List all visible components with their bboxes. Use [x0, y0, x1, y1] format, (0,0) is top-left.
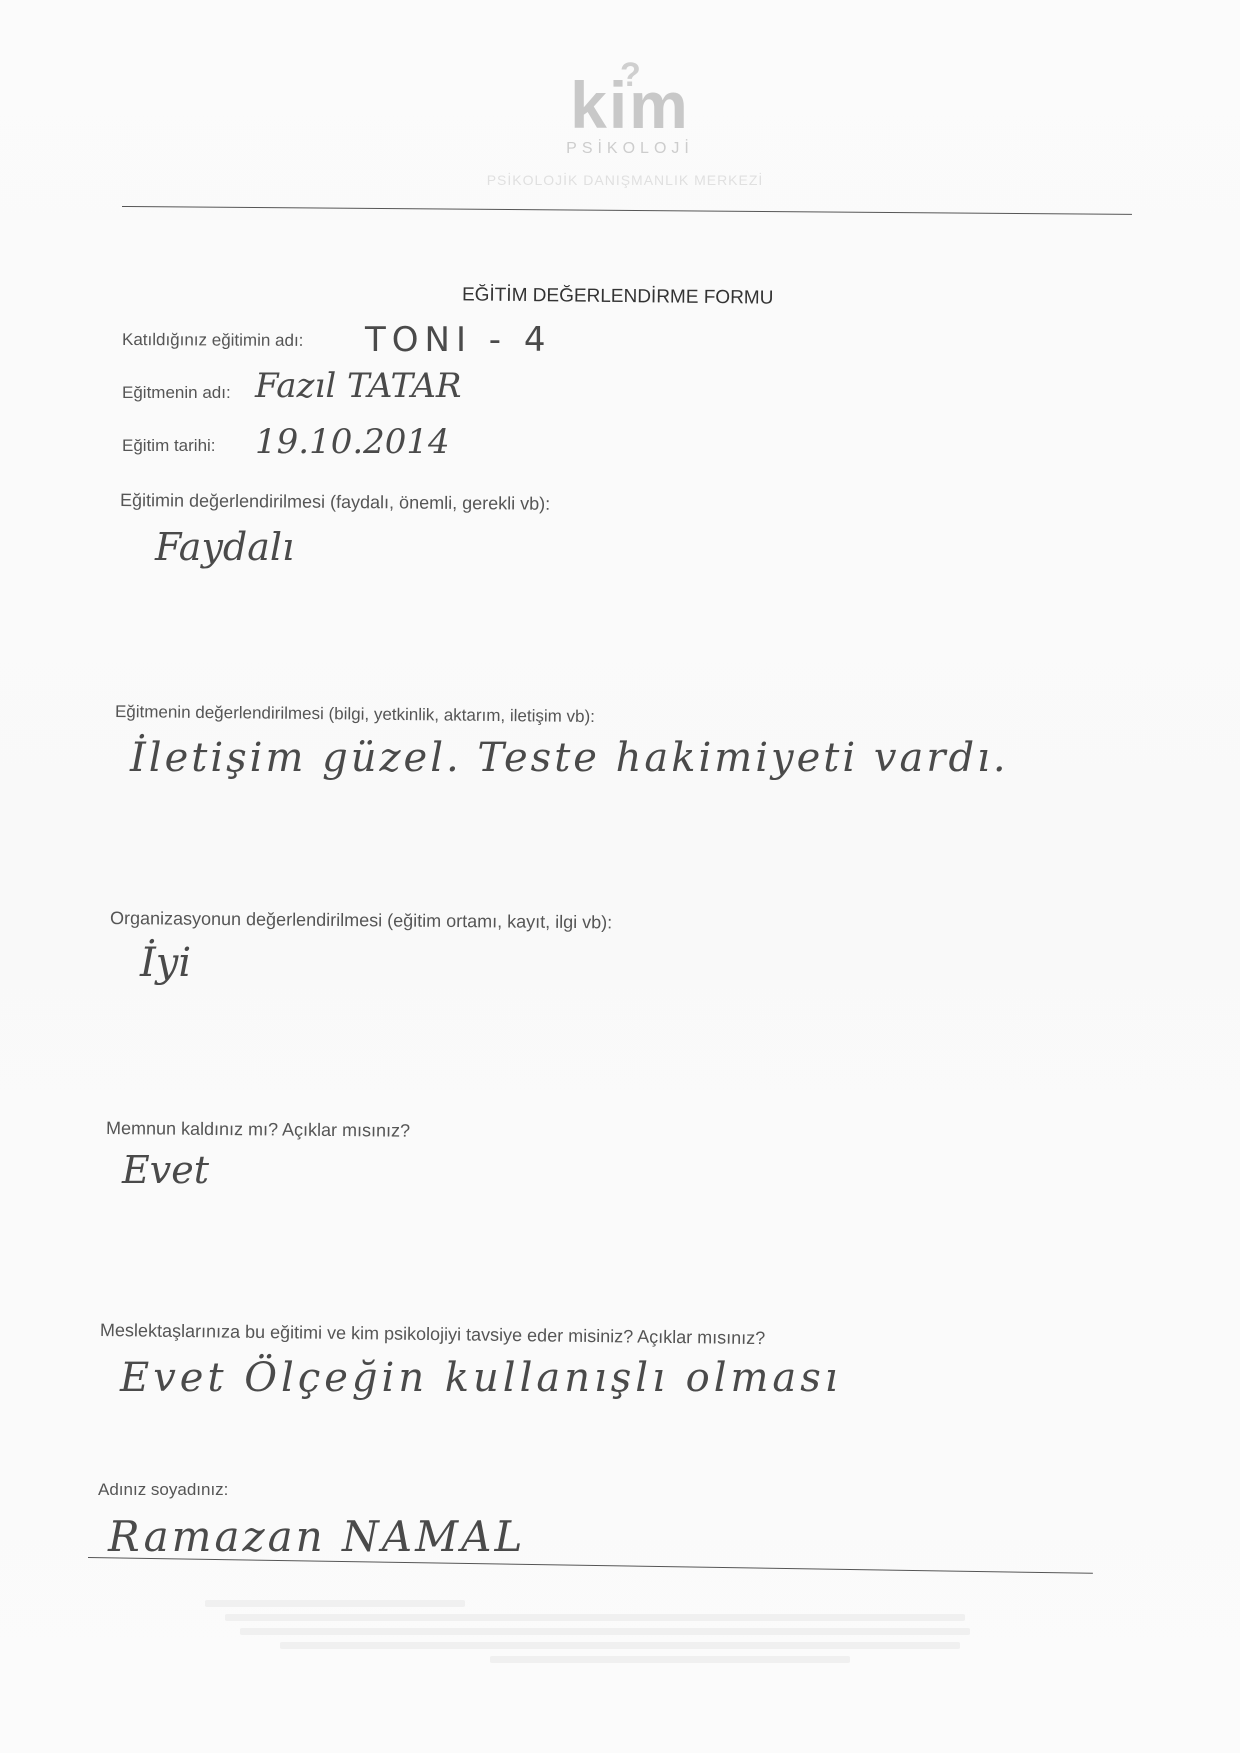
satisfaction-label: Memnun kaldınız mı? Açıklar mısınız? — [106, 1118, 410, 1142]
recommendation-answer: Evet Ölçeğin kullanışlı olması — [120, 1355, 842, 1401]
training-date-answer: 19.10.2014 — [255, 422, 450, 462]
form-title: EĞİTİM DEĞERLENDİRME FORMU — [462, 284, 774, 309]
organization-evaluation-answer: İyi — [140, 940, 191, 986]
footer-text-line — [280, 1642, 960, 1649]
footer-text-line — [225, 1614, 965, 1621]
satisfaction-answer: Evet — [122, 1148, 209, 1192]
training-name-label: Katıldığınız eğitimin adı: — [122, 330, 304, 351]
full-name-label: Adınız soyadınız: — [98, 1480, 228, 1500]
training-evaluation-label: Eğitimin değerlendirilmesi (faydalı, öne… — [120, 490, 550, 515]
footer-text-line — [205, 1600, 465, 1607]
organization-evaluation-label: Organizasyonun değerlendirilmesi (eğitim… — [110, 908, 612, 933]
training-evaluation-answer: Faydalı — [155, 525, 294, 569]
logo-tagline: PSİKOLOJİK DANIŞMANLIK MERKEZİ — [450, 172, 800, 188]
trainer-name-label: Eğitmenin adı: — [122, 383, 231, 403]
training-name-answer: TONI - 4 — [365, 320, 552, 360]
logo-subtitle: PSİKOLOJİ — [560, 140, 700, 158]
footer-text-line — [240, 1628, 970, 1635]
footer-text-line — [490, 1656, 850, 1663]
question-mark-icon: ? — [620, 56, 641, 95]
training-date-label: Eğitim tarihi: — [122, 436, 216, 456]
trainer-name-answer: Fazıl TATAR — [255, 366, 462, 406]
kim-psikoloji-logo: ? kim PSİKOLOJİ — [560, 60, 700, 158]
full-name-answer: Ramazan NAMAL — [108, 1512, 525, 1561]
trainer-evaluation-answer: İletişim güzel. Teste hakimiyeti vardı. — [130, 735, 1009, 781]
